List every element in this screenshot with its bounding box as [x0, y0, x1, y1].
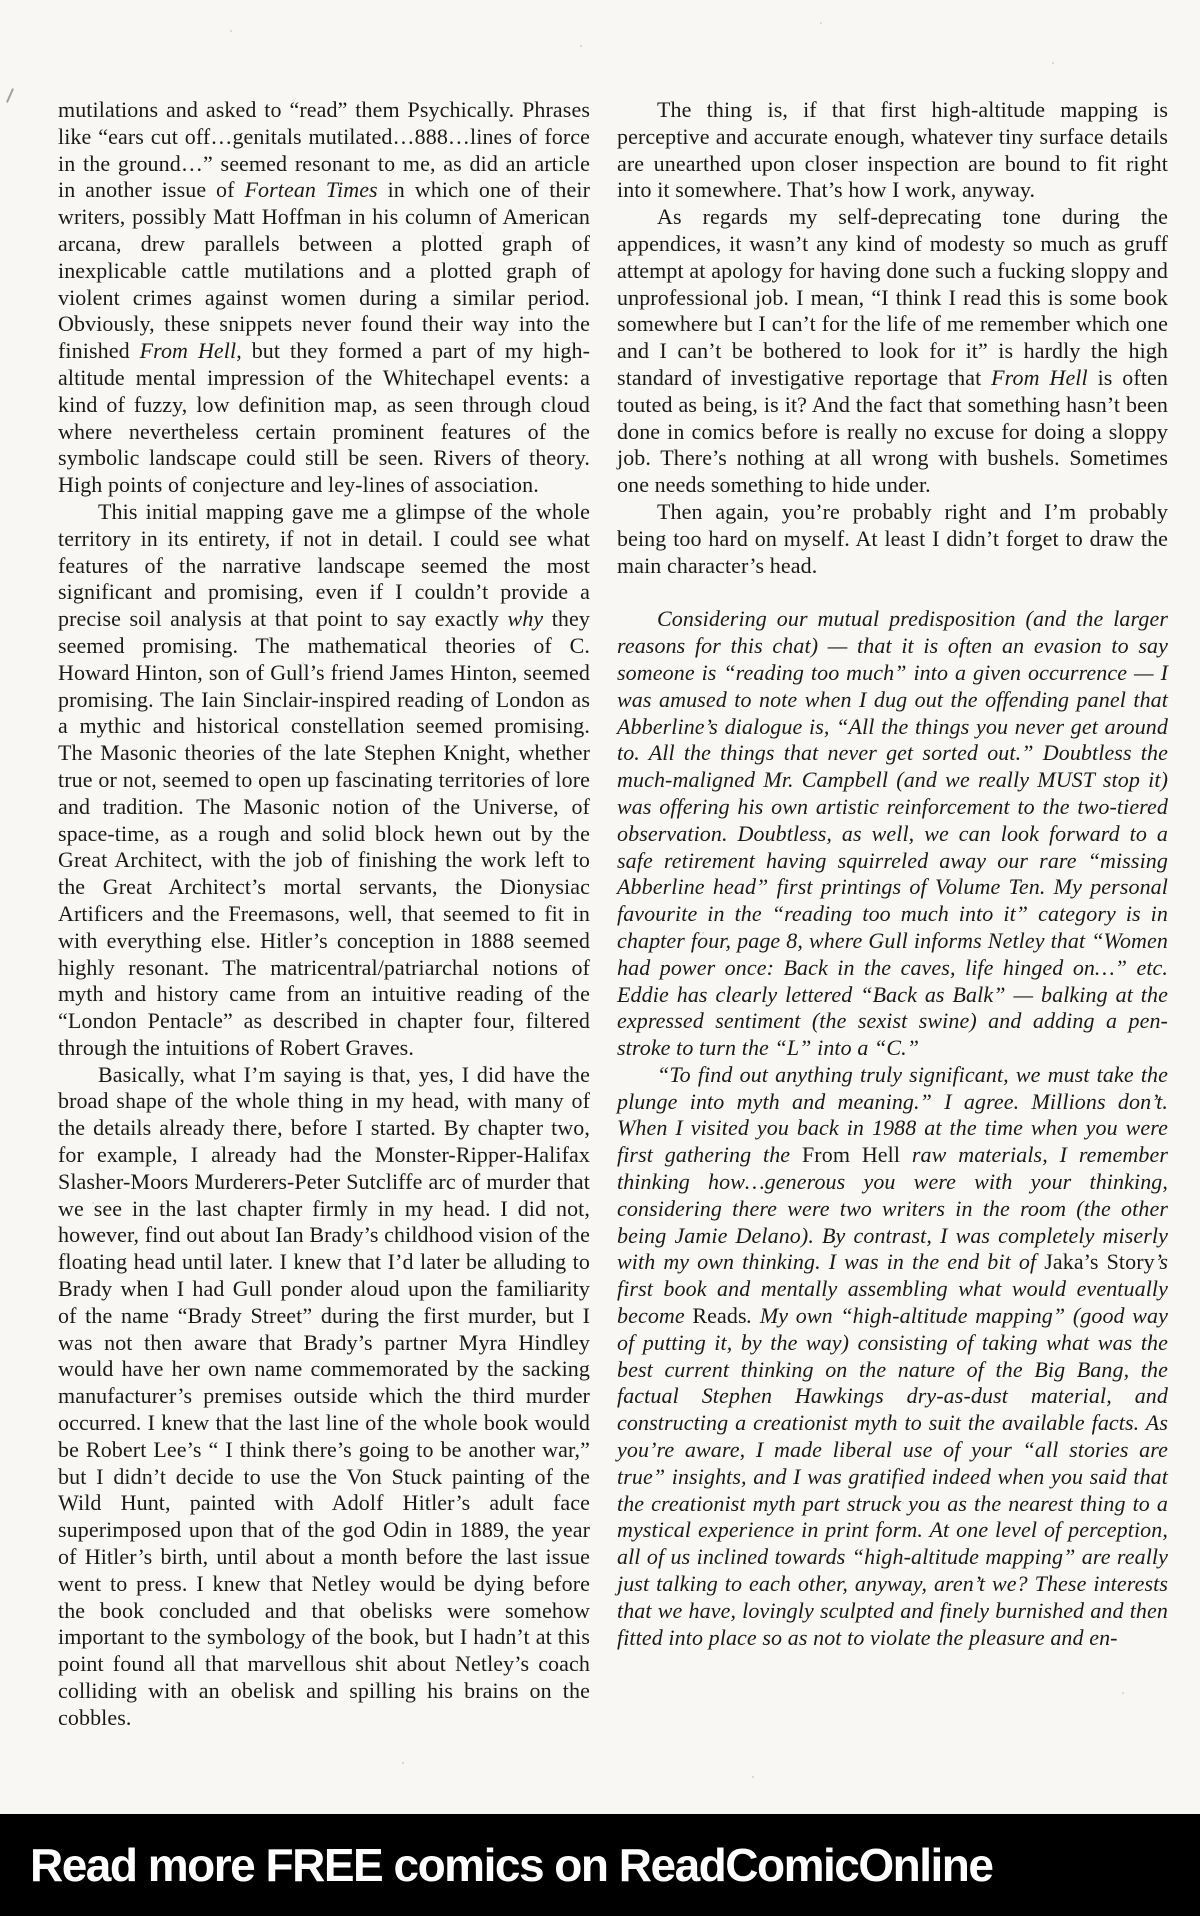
- article-columns: mutilations and asked to “read” them Psy…: [58, 97, 1168, 1732]
- paragraph: Then again, you’re probably right and I’…: [617, 499, 1168, 579]
- bottom-banner: Read more FREE comics on ReadComicOnline: [0, 1814, 1200, 1916]
- right-text-column: The thing is, if that first high-altitud…: [617, 97, 1168, 1732]
- paragraph: “To find out anything truly significant,…: [617, 1062, 1168, 1652]
- paragraph: This initial mapping gave me a glimpse o…: [58, 499, 590, 1062]
- text-run: Considering our mutual predisposition (a…: [617, 606, 1168, 1060]
- text-run: Fortean Times: [244, 177, 377, 202]
- left-text-column: mutilations and asked to “read” them Psy…: [58, 97, 590, 1732]
- text-run: Then again, you’re probably right and I’…: [617, 499, 1168, 578]
- scan-artifact-mark: [6, 88, 14, 103]
- scanned-document-page: mutilations and asked to “read” them Psy…: [0, 0, 1200, 1916]
- paragraph: mutilations and asked to “read” them Psy…: [58, 97, 590, 499]
- text-run: As regards my self-deprecating tone duri…: [617, 204, 1168, 390]
- paragraph: Considering our mutual predisposition (a…: [617, 606, 1168, 1062]
- text-run: From Hell: [991, 365, 1088, 390]
- text-run: From Hell: [802, 1142, 900, 1167]
- text-run: Reads: [692, 1303, 746, 1328]
- paragraph: The thing is, if that first high-altitud…: [617, 97, 1168, 204]
- scan-noise-specks: [0, 0, 2, 2]
- text-run: . My own “high-altitude mapping” (good w…: [617, 1303, 1168, 1650]
- paragraph: Basically, what I’m saying is that, yes,…: [58, 1062, 590, 1732]
- text-run: Jaka’s Story: [1044, 1249, 1155, 1274]
- text-run: Basically, what I’m saying is that, yes,…: [58, 1062, 590, 1730]
- banner-link-text[interactable]: Read more FREE comics on ReadComicOnline: [0, 1838, 992, 1892]
- text-run: The thing is, if that first high-altitud…: [617, 97, 1168, 202]
- text-run: in which one of their writers, possibly …: [58, 177, 590, 363]
- text-run: they seemed promising. The mathematical …: [58, 606, 590, 1060]
- text-run: From Hell: [140, 338, 237, 363]
- text-run: why: [507, 606, 543, 631]
- paragraph: As regards my self-deprecating tone duri…: [617, 204, 1168, 499]
